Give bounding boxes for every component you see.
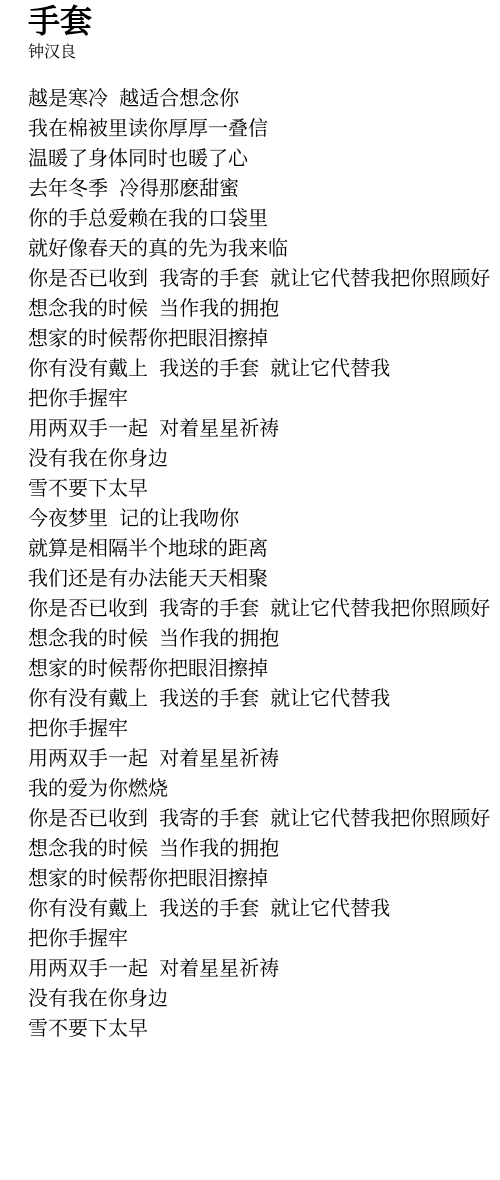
lyric-line: 就算是相隔半个地球的距离 [28,534,496,564]
lyric-line: 用两双手一起 对着星星祈祷 [28,414,496,444]
lyric-line: 用两双手一起 对着星星祈祷 [28,954,496,984]
lyrics-body: 越是寒冷 越适合想念你 我在棉被里读你厚厚一叠信 温暖了身体同时也暖了心 去年冬… [28,84,496,1044]
lyric-line: 温暖了身体同时也暖了心 [28,144,496,174]
lyric-line: 我在棉被里读你厚厚一叠信 [28,114,496,144]
lyric-line: 你有没有戴上 我送的手套 就让它代替我 [28,684,496,714]
lyric-line: 越是寒冷 越适合想念你 [28,84,496,114]
lyric-line: 雪不要下太早 [28,1014,496,1044]
lyrics-page: 手套 钟汉良 越是寒冷 越适合想念你 我在棉被里读你厚厚一叠信 温暖了身体同时也… [0,0,500,1044]
lyric-line: 用两双手一起 对着星星祈祷 [28,744,496,774]
song-title: 手套 [28,2,496,40]
lyric-line: 想念我的时候 当作我的拥抱 [28,834,496,864]
lyric-line: 你是否已收到 我寄的手套 就让它代替我把你照顾好 [28,264,496,294]
lyric-line: 今夜梦里 记的让我吻你 [28,504,496,534]
lyric-line: 把你手握牢 [28,924,496,954]
lyric-line: 想家的时候帮你把眼泪擦掉 [28,324,496,354]
lyric-line: 没有我在你身边 [28,984,496,1014]
lyric-line: 我们还是有办法能天天相聚 [28,564,496,594]
lyric-line: 你是否已收到 我寄的手套 就让它代替我把你照顾好 [28,804,496,834]
lyric-line: 没有我在你身边 [28,444,496,474]
lyric-line: 把你手握牢 [28,714,496,744]
lyric-line: 想念我的时候 当作我的拥抱 [28,624,496,654]
lyric-line: 雪不要下太早 [28,474,496,504]
lyric-line: 你的手总爱赖在我的口袋里 [28,204,496,234]
lyric-line: 想念我的时候 当作我的拥抱 [28,294,496,324]
lyric-line: 把你手握牢 [28,384,496,414]
lyric-line: 想家的时候帮你把眼泪擦掉 [28,864,496,894]
lyric-line: 就好像春天的真的先为我来临 [28,234,496,264]
artist-name: 钟汉良 [28,43,496,63]
lyric-line: 你有没有戴上 我送的手套 就让它代替我 [28,354,496,384]
lyric-line: 去年冬季 冷得那麽甜蜜 [28,174,496,204]
lyric-line: 想家的时候帮你把眼泪擦掉 [28,654,496,684]
lyric-line: 我的爱为你燃烧 [28,774,496,804]
lyric-line: 你有没有戴上 我送的手套 就让它代替我 [28,894,496,924]
lyric-line: 你是否已收到 我寄的手套 就让它代替我把你照顾好 [28,594,496,624]
